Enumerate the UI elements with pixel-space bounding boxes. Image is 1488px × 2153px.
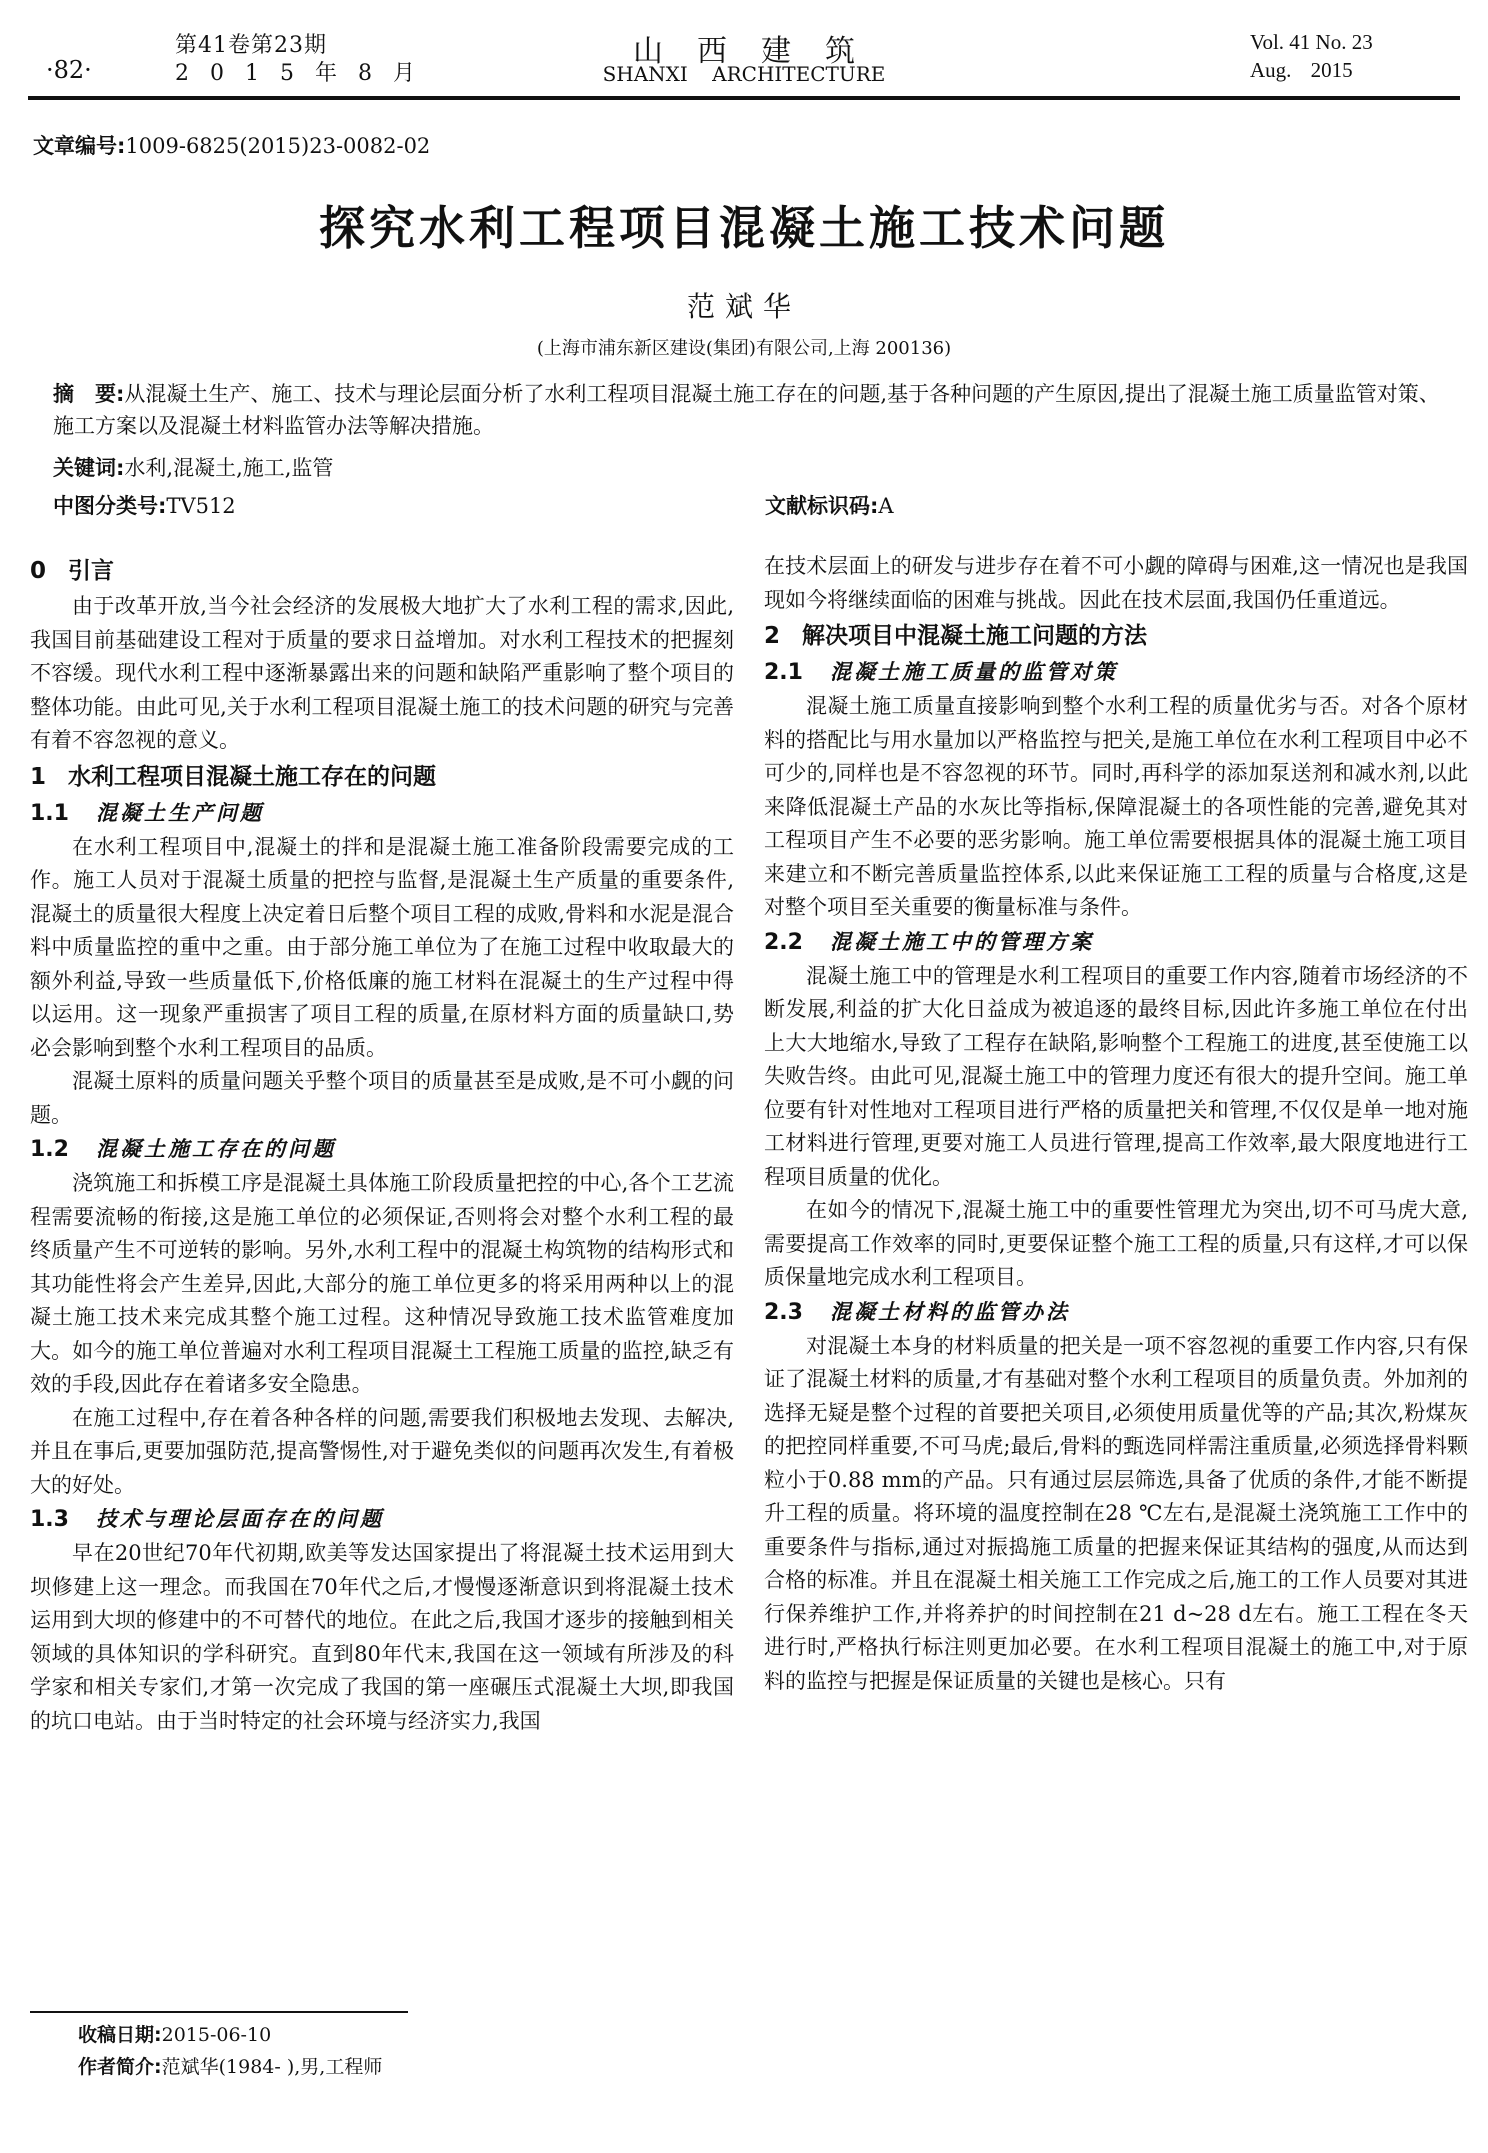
- clc-label: 中图分类号:: [53, 494, 166, 518]
- section-title: 水利工程项目混凝土施工存在的问题: [68, 764, 436, 790]
- author-affiliation: (上海市浦东新区建设(集团)有限公司,上海 200136): [0, 334, 1488, 360]
- paragraph: 混凝土施工中的管理是水利工程项目的重要工作内容,随着市场经济的不断发展,利益的扩…: [764, 960, 1468, 1195]
- section-heading-1: 1水利工程项目混凝土施工存在的问题: [30, 758, 734, 796]
- keywords: 关键词:水利,混凝土,施工,监管: [53, 452, 333, 482]
- header-rule: [28, 96, 1460, 100]
- abstract: 摘 要:从混凝土生产、施工、技术与理论层面分析了水利工程项目混凝土施工存在的问题…: [53, 378, 1453, 442]
- paragraph-continuation: 在技术层面上的研发与进步存在着不可小觑的障碍与困难,这一情况也是我国现如今将继续…: [764, 550, 1468, 617]
- paragraph: 混凝土原料的质量问题关乎整个项目的质量甚至是成败,是不可小觑的问题。: [30, 1065, 734, 1132]
- section-number: 0: [30, 552, 68, 590]
- paragraph: 早在20世纪70年代初期,欧美等发达国家提出了将混凝土技术运用到大坝修建上这一理…: [30, 1537, 734, 1738]
- subsection-title: 混凝土生产问题: [96, 800, 264, 825]
- paragraph: 在施工过程中,存在着各种各样的问题,需要我们积极地去发现、去解决,并且在事后,更…: [30, 1402, 734, 1503]
- subsection-number: 2.3: [764, 1296, 830, 1330]
- document-code: 文献标识码:A: [765, 490, 894, 520]
- footnote-rule: [30, 2011, 408, 2013]
- section-heading-2: 2解决项目中混凝土施工问题的方法: [764, 617, 1468, 655]
- section-number: 2: [764, 617, 802, 655]
- paragraph: 在如今的情况下,混凝土施工中的重要性管理尤为突出,切不可马虎大意,需要提高工作效…: [764, 1194, 1468, 1295]
- subsection-number: 2.2: [764, 926, 830, 960]
- subsection-heading-2-2: 2.2混凝土施工中的管理方案: [764, 925, 1468, 960]
- subsection-title: 混凝土材料的监管办法: [830, 1299, 1070, 1324]
- abstract-text: 从混凝土生产、施工、技术与理论层面分析了水利工程项目混凝土施工存在的问题,基于各…: [53, 382, 1440, 438]
- paper-title: 探究水利工程项目混凝土施工技术问题: [0, 192, 1488, 258]
- clc-number: 中图分类号:TV512: [53, 490, 236, 520]
- keywords-label: 关键词:: [53, 456, 124, 480]
- subsection-heading-1-1: 1.1混凝土生产问题: [30, 796, 734, 831]
- subsection-heading-2-1: 2.1混凝土施工质量的监管对策: [764, 655, 1468, 690]
- date-en: Aug. 2015: [1250, 58, 1353, 83]
- section-title: 引言: [68, 558, 114, 584]
- author-name: 范斌华: [0, 285, 1488, 325]
- received-date-value: 2015-06-10: [162, 2024, 272, 2046]
- volume-issue-en: Vol. 41 No. 23: [1250, 30, 1373, 55]
- abstract-label: 摘 要:: [53, 382, 124, 406]
- section-title: 解决项目中混凝土施工问题的方法: [802, 623, 1147, 649]
- section-number: 1: [30, 758, 68, 796]
- doc-code-value: A: [878, 494, 893, 518]
- subsection-heading-2-3: 2.3混凝土材料的监管办法: [764, 1295, 1468, 1330]
- subsection-number: 1.2: [30, 1133, 96, 1167]
- author-bio-value: 范斌华(1984- ),男,工程师: [162, 2056, 383, 2078]
- author-bio-label: 作者简介:: [78, 2056, 162, 2078]
- body-column-left: 0引言 由于改革开放,当今社会经济的发展极大地扩大了水利工程的需求,因此,我国目…: [30, 552, 734, 1738]
- body-column-right: 在技术层面上的研发与进步存在着不可小觑的障碍与困难,这一情况也是我国现如今将继续…: [764, 550, 1468, 1698]
- section-heading-0: 0引言: [30, 552, 734, 590]
- received-date: 收稿日期:2015-06-10: [78, 2020, 271, 2047]
- paragraph: 混凝土施工质量直接影响到整个水利工程的质量优劣与否。对各个原材料的搭配比与用水量…: [764, 690, 1468, 925]
- subsection-heading-1-3: 1.3技术与理论层面存在的问题: [30, 1502, 734, 1537]
- clc-value: TV512: [166, 494, 235, 518]
- paragraph: 对混凝土本身的材料质量的把关是一项不容忽视的重要工作内容,只有保证了混凝土材料的…: [764, 1330, 1468, 1699]
- paragraph: 由于改革开放,当今社会经济的发展极大地扩大了水利工程的需求,因此,我国目前基础建…: [30, 590, 734, 758]
- subsection-title: 混凝土施工质量的监管对策: [830, 659, 1118, 684]
- subsection-number: 1.3: [30, 1503, 96, 1537]
- subsection-title: 技术与理论层面存在的问题: [96, 1506, 384, 1531]
- article-number-label: 文章编号:: [33, 134, 125, 158]
- received-date-label: 收稿日期:: [78, 2024, 162, 2046]
- subsection-number: 2.1: [764, 656, 830, 690]
- article-number: 文章编号:1009-6825(2015)23-0082-02: [33, 130, 430, 160]
- subsection-title: 混凝土施工存在的问题: [96, 1136, 336, 1161]
- paragraph: 浇筑施工和拆模工序是混凝土具体施工阶段质量把控的中心,各个工艺流程需要流畅的衔接…: [30, 1167, 734, 1402]
- keywords-text: 水利,混凝土,施工,监管: [124, 456, 333, 480]
- paragraph: 在水利工程项目中,混凝土的拌和是混凝土施工准备阶段需要完成的工作。施工人员对于混…: [30, 831, 734, 1066]
- subsection-heading-1-2: 1.2混凝土施工存在的问题: [30, 1132, 734, 1167]
- doc-code-label: 文献标识码:: [765, 494, 878, 518]
- author-bio: 作者简介:范斌华(1984- ),男,工程师: [78, 2052, 382, 2079]
- subsection-number: 1.1: [30, 797, 96, 831]
- subsection-title: 混凝土施工中的管理方案: [830, 929, 1094, 954]
- article-number-value: 1009-6825(2015)23-0082-02: [125, 134, 430, 158]
